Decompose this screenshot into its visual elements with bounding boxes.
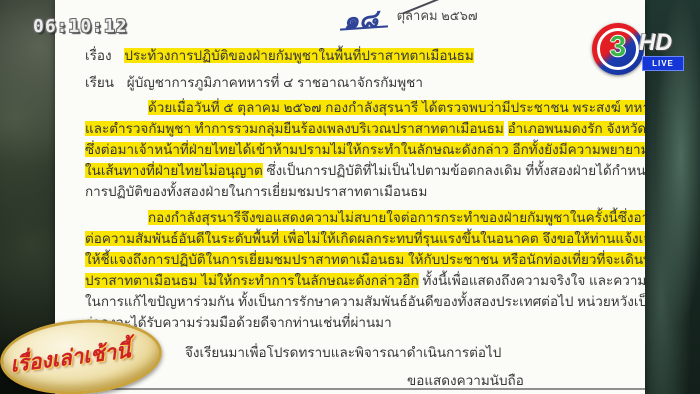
body-line: ให้ชี้แจงถึงการปฏิบัติในการเยี่ยมชมปราสา… bbox=[85, 249, 643, 270]
plain-text: ในการแก้ไขปัญหาร่วมกัน ทั้งเป็นการรักษาค… bbox=[85, 294, 645, 309]
body-line: กองกำลังสุรนารีจึงขอแสดงความไม่สบายใจต่อ… bbox=[85, 207, 643, 228]
body-line: ในเส้นทางที่ฝ่ายไทยไม่อนุญาต ซึ่งเป็นการ… bbox=[85, 160, 643, 181]
to-label: เรียน bbox=[85, 75, 114, 90]
subject-text-highlighted: ประท้วงการปฏิบัติของฝ่ายกัมพูชาในพื้นที่… bbox=[124, 48, 473, 63]
highlighted-text: อำเภอพนมดงรัก จังหวัดสุรินทร์ bbox=[508, 121, 645, 136]
highlighted-text: และตำรวจกัมพูชา ทำการรวมกลุ่มยืนร้องเพลง… bbox=[85, 121, 504, 136]
body-line: ซึ่งต่อมาเจ้าหน้าที่ฝ่ายไทยได้เข้าห้ามปร… bbox=[85, 139, 643, 160]
highlighted-text: ให้ชี้แจงถึงการปฏิบัติในการเยี่ยมชมปราสา… bbox=[85, 252, 645, 267]
handwritten-date: ๑๘ bbox=[342, 0, 380, 41]
plain-text: ทั้งนี้เพื่อแสดงถึงความจริงใจ และความพยา… bbox=[419, 273, 645, 288]
morning-show-logo: เรื่องเล่าเช้านี้ bbox=[0, 314, 164, 394]
broadcast-frame: ๑๘ ตุลาคม ๒๕๖๗ เรื่อง ประท้วงการปฏิบัติข… bbox=[0, 0, 700, 394]
highlighted-text: ต่อความสัมพันธ์อันดีในระดับพื้นที่ เพื่อ… bbox=[85, 231, 645, 246]
highlighted-text: ในเส้นทางที่ฝ่ายไทยไม่อนุญาต bbox=[85, 163, 263, 178]
body-line: และตำรวจกัมพูชา ทำการรวมกลุ่มยืนร้องเพลง… bbox=[85, 118, 643, 139]
subject-line: เรื่อง ประท้วงการปฏิบัติของฝ่ายกัมพูชาใน… bbox=[85, 44, 474, 66]
hd-label: HD bbox=[639, 29, 672, 56]
highlighted-text: ซึ่งต่อมาเจ้าหน้าที่ฝ่ายไทยได้เข้าห้ามปร… bbox=[85, 142, 645, 157]
subject-label: เรื่อง bbox=[85, 48, 112, 63]
broadcast-timestamp: 06:10:12 bbox=[33, 16, 128, 37]
plain-text bbox=[504, 121, 508, 136]
highlighted-text: ด้วยเมื่อวันที่ ๕ ตุลาคม ๒๕๖๗ กองกำลังสุ… bbox=[148, 100, 645, 115]
highlighted-text: กองกำลังสุรนารีจึงขอแสดงความไม่สบายใจต่อ… bbox=[148, 210, 645, 225]
body-line: ปราสาทตาเมือนธม ไม่ให้กระทำการในลักษณะดั… bbox=[85, 270, 643, 291]
body-line: ด้วยเมื่อวันที่ ๕ ตุลาคม ๒๕๖๗ กองกำลังสุ… bbox=[85, 97, 643, 118]
body-line: ว่าคงจะได้รับความร่วมมือด้วยดีจากท่านเช่… bbox=[85, 312, 643, 333]
live-badge: LIVE bbox=[642, 56, 684, 71]
to-text: ผู้บัญชาการภูมิภาคทหารที่ ๔ ราชอาณาจักรก… bbox=[127, 75, 423, 90]
plain-text: การปฏิบัติของทั้งสองฝ่ายในการเยี่ยมชมปรา… bbox=[85, 184, 427, 199]
channel3-number: 3 bbox=[592, 31, 644, 64]
plain-text: ซึ่งเป็นการปฏิบัติที่ไม่เป็นไปตามข้อตกลง… bbox=[263, 163, 645, 178]
closing-line: จึงเรียนมาเพื่อโปรดทราบและพิจารณาดำเนินก… bbox=[185, 341, 501, 363]
body-line: การปฏิบัติของทั้งสองฝ่ายในการเยี่ยมชมปรา… bbox=[85, 181, 643, 202]
body-line: ต่อความสัมพันธ์อันดีในระดับพื้นที่ เพื่อ… bbox=[85, 228, 643, 249]
channel3-hd-logo: 3 HD LIVE bbox=[592, 23, 696, 81]
to-line: เรียน ผู้บัญชาการภูมิภาคทหารที่ ๔ ราชอาณ… bbox=[85, 71, 423, 93]
document-date: ๑๘ ตุลาคม ๒๕๖๗ bbox=[343, 0, 478, 40]
letter-body: ด้วยเมื่อวันที่ ๕ ตุลาคม ๒๕๖๗ กองกำลังสุ… bbox=[85, 97, 643, 333]
body-line: ในการแก้ไขปัญหาร่วมกัน ทั้งเป็นการรักษาค… bbox=[85, 291, 643, 312]
highlighted-text: ปราสาทตาเมือนธม ไม่ให้กระทำการในลักษณะดั… bbox=[85, 273, 419, 288]
